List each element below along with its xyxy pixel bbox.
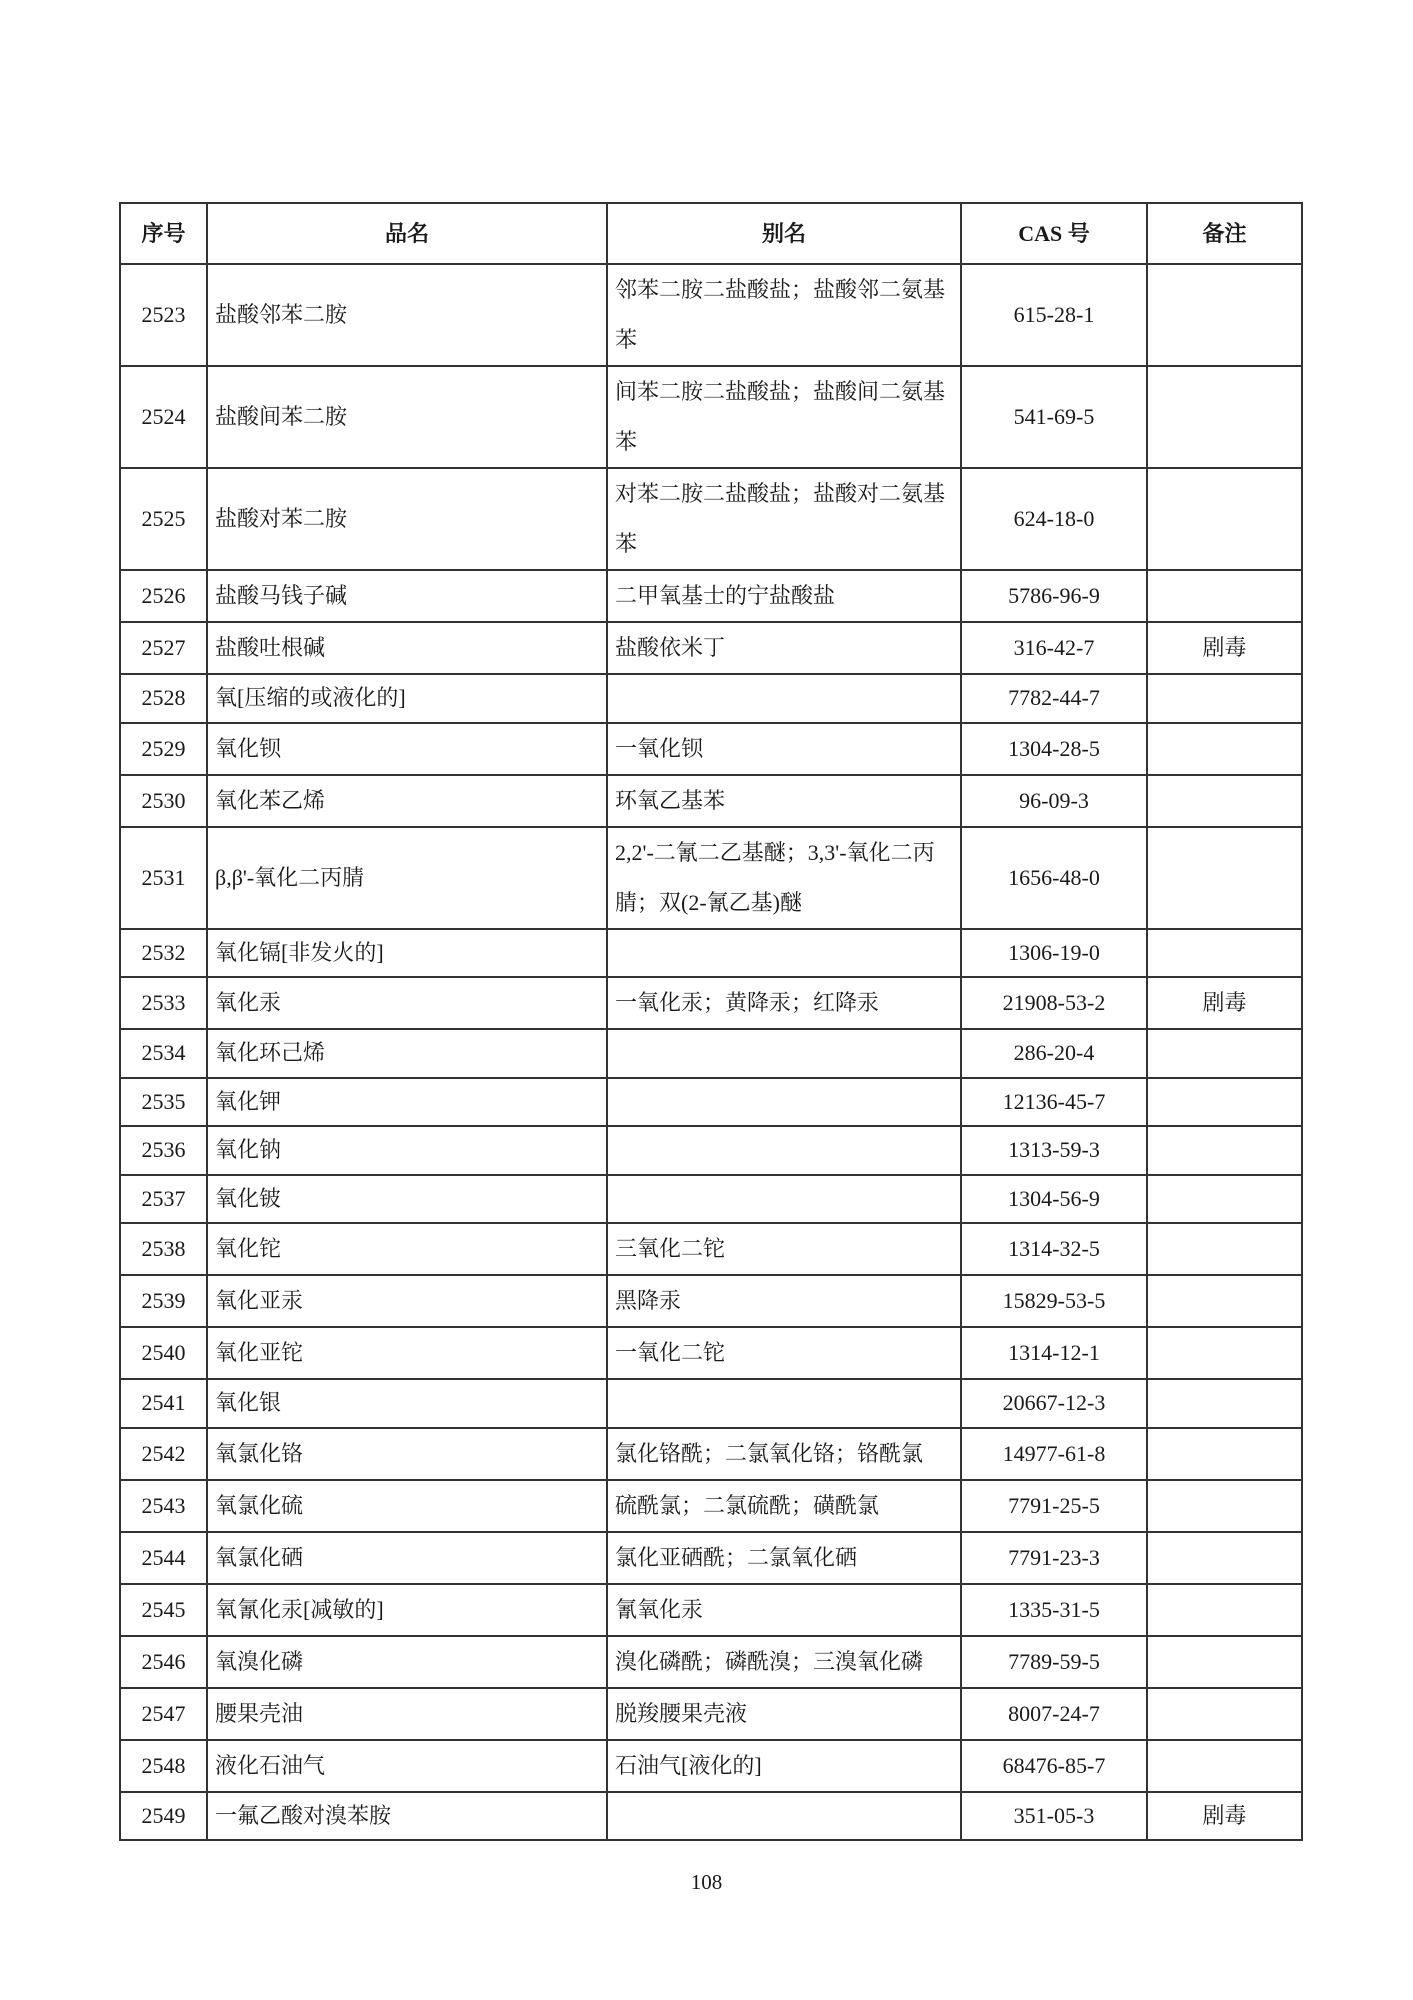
table-body: 2523盐酸邻苯二胺邻苯二胺二盐酸盐；盐酸邻二氨基苯615-28-12524盐酸… [120,264,1302,1840]
table-row: 2531β,β'-氧化二丙腈2,2'-二氰二乙基醚；3,3'-氧化二丙腈；双(2… [120,827,1302,929]
cas-number-cell: 316-42-7 [961,622,1147,674]
remarks-cell [1147,264,1302,366]
table-row: 2546氧溴化磷溴化磷酰；磷酰溴；三溴氧化磷7789-59-5 [120,1636,1302,1688]
remarks-cell [1147,1740,1302,1792]
cas-number-cell: 7791-23-3 [961,1532,1147,1584]
table-row: 2533氧化汞一氧化汞；黄降汞；红降汞21908-53-2剧毒 [120,977,1302,1029]
remarks-cell [1147,1428,1302,1480]
cas-number-cell: 1314-12-1 [961,1327,1147,1379]
cas-number-cell: 624-18-0 [961,468,1147,570]
alias-text: 环氧乙基苯 [615,776,960,826]
remarks-cell [1147,1175,1302,1224]
alias-text: 间苯二胺二盐酸盐；盐酸间二氨基苯 [615,367,960,467]
cas-number-cell: 5786-96-9 [961,570,1147,622]
remarks-cell [1147,1584,1302,1636]
alias-text: 盐酸依米丁 [615,623,960,673]
serial-number-cell: 2543 [120,1480,207,1532]
product-name-cell: 腰果壳油 [207,1688,607,1740]
cas-number-cell: 68476-85-7 [961,1740,1147,1792]
serial-number-cell: 2548 [120,1740,207,1792]
cas-number-cell: 541-69-5 [961,366,1147,468]
table-row: 2528氧[压缩的或液化的]7782-44-7 [120,674,1302,723]
product-name-cell: 氧化铍 [207,1175,607,1224]
product-name-cell: 氧氯化铬 [207,1428,607,1480]
serial-number-cell: 2528 [120,674,207,723]
alias-cell: 氯化亚硒酰；二氯氧化硒 [607,1532,961,1584]
remarks-cell [1147,366,1302,468]
serial-number-cell: 2524 [120,366,207,468]
serial-number-cell: 2535 [120,1078,207,1127]
product-name-cell: β,β'-氧化二丙腈 [207,827,607,929]
product-name-cell: 氧化钡 [207,723,607,775]
alias-text: 对苯二胺二盐酸盐；盐酸对二氨基苯 [615,469,960,569]
product-name-cell: 氧氯化硒 [207,1532,607,1584]
remarks-cell [1147,827,1302,929]
alias-cell: 一氧化二铊 [607,1327,961,1379]
table-row: 2524盐酸间苯二胺间苯二胺二盐酸盐；盐酸间二氨基苯541-69-5 [120,366,1302,468]
remarks-cell [1147,570,1302,622]
cas-number-cell: 1306-19-0 [961,929,1147,978]
alias-text: 2,2'-二氰二乙基醚；3,3'-氧化二丙腈；双(2-氰乙基)醚 [615,828,960,928]
serial-number-cell: 2531 [120,827,207,929]
remarks-cell [1147,723,1302,775]
header-alias: 别名 [607,203,961,264]
alias-cell: 对苯二胺二盐酸盐；盐酸对二氨基苯 [607,468,961,570]
header-remarks: 备注 [1147,203,1302,264]
product-name-cell: 氧[压缩的或液化的] [207,674,607,723]
table-row: 2537氧化铍1304-56-9 [120,1175,1302,1224]
alias-text: 氯化铬酰；二氯氧化铬；铬酰氯 [615,1429,960,1479]
remarks-cell [1147,1275,1302,1327]
product-name-cell: 盐酸马钱子碱 [207,570,607,622]
product-name-cell: 氧氯化硫 [207,1480,607,1532]
remarks-cell [1147,1480,1302,1532]
alias-text: 石油气[液化的] [615,1741,960,1791]
table-row: 2545氧氰化汞[减敏的]氰氧化汞1335-31-5 [120,1584,1302,1636]
remarks-cell: 剧毒 [1147,1792,1302,1841]
table-row: 2547腰果壳油脱羧腰果壳液8007-24-7 [120,1688,1302,1740]
remarks-cell [1147,1688,1302,1740]
serial-number-cell: 2523 [120,264,207,366]
product-name-cell: 液化石油气 [207,1740,607,1792]
serial-number-cell: 2540 [120,1327,207,1379]
alias-cell: 环氧乙基苯 [607,775,961,827]
serial-number-cell: 2533 [120,977,207,1029]
alias-cell: 硫酰氯；二氯硫酰；磺酰氯 [607,1480,961,1532]
table-row: 2534氧化环己烯286-20-4 [120,1029,1302,1078]
remarks-cell [1147,775,1302,827]
product-name-cell: 氧化环己烯 [207,1029,607,1078]
product-name-cell: 氧溴化磷 [207,1636,607,1688]
table-row: 2535氧化钾12136-45-7 [120,1078,1302,1127]
alias-cell [607,1792,961,1841]
cas-number-cell: 1304-56-9 [961,1175,1147,1224]
alias-cell: 黑降汞 [607,1275,961,1327]
alias-text: 一氧化钡 [615,724,960,774]
cas-number-cell: 1314-32-5 [961,1223,1147,1275]
product-name-cell: 氧化镉[非发火的] [207,929,607,978]
product-name-cell: 盐酸邻苯二胺 [207,264,607,366]
table-row: 2541氧化银20667-12-3 [120,1379,1302,1428]
table-row: 2527盐酸吐根碱盐酸依米丁316-42-7剧毒 [120,622,1302,674]
table-row: 2529氧化钡一氧化钡1304-28-5 [120,723,1302,775]
alias-cell: 二甲氧基士的宁盐酸盐 [607,570,961,622]
header-cas-number: CAS 号 [961,203,1147,264]
cas-number-cell: 15829-53-5 [961,1275,1147,1327]
alias-text: 一氧化汞；黄降汞；红降汞 [615,978,960,1028]
table-row: 2540氧化亚铊一氧化二铊1314-12-1 [120,1327,1302,1379]
table-row: 2539氧化亚汞黑降汞15829-53-5 [120,1275,1302,1327]
alias-cell: 三氧化二铊 [607,1223,961,1275]
remarks-cell: 剧毒 [1147,622,1302,674]
serial-number-cell: 2539 [120,1275,207,1327]
serial-number-cell: 2536 [120,1126,207,1175]
serial-number-cell: 2532 [120,929,207,978]
alias-cell: 氯化铬酰；二氯氧化铬；铬酰氯 [607,1428,961,1480]
alias-text: 氯化亚硒酰；二氯氧化硒 [615,1533,960,1583]
serial-number-cell: 2537 [120,1175,207,1224]
product-name-cell: 一氟乙酸对溴苯胺 [207,1792,607,1841]
cas-number-cell: 12136-45-7 [961,1078,1147,1127]
product-name-cell: 氧化钾 [207,1078,607,1127]
alias-cell: 氰氧化汞 [607,1584,961,1636]
alias-text: 硫酰氯；二氯硫酰；磺酰氯 [615,1481,960,1531]
remarks-cell [1147,1078,1302,1127]
table-row: 2538氧化铊三氧化二铊1314-32-5 [120,1223,1302,1275]
alias-cell [607,929,961,978]
alias-cell: 溴化磷酰；磷酰溴；三溴氧化磷 [607,1636,961,1688]
alias-text: 三氧化二铊 [615,1224,960,1274]
cas-number-cell: 8007-24-7 [961,1688,1147,1740]
table-row: 2536氧化钠1313-59-3 [120,1126,1302,1175]
cas-number-cell: 1335-31-5 [961,1584,1147,1636]
remarks-cell [1147,1532,1302,1584]
serial-number-cell: 2526 [120,570,207,622]
chemicals-table: 序号 品名 别名 CAS 号 备注 2523盐酸邻苯二胺邻苯二胺二盐酸盐；盐酸邻… [119,202,1303,1841]
remarks-cell [1147,468,1302,570]
table-row: 2542氧氯化铬氯化铬酰；二氯氧化铬；铬酰氯14977-61-8 [120,1428,1302,1480]
alias-cell: 间苯二胺二盐酸盐；盐酸间二氨基苯 [607,366,961,468]
table-row: 2549一氟乙酸对溴苯胺351-05-3剧毒 [120,1792,1302,1841]
serial-number-cell: 2544 [120,1532,207,1584]
cas-number-cell: 21908-53-2 [961,977,1147,1029]
serial-number-cell: 2527 [120,622,207,674]
alias-text: 脱羧腰果壳液 [615,1689,960,1739]
serial-number-cell: 2549 [120,1792,207,1841]
header-product-name: 品名 [207,203,607,264]
alias-cell [607,1078,961,1127]
alias-text: 氰氧化汞 [615,1585,960,1635]
remarks-cell: 剧毒 [1147,977,1302,1029]
alias-cell [607,1379,961,1428]
remarks-cell [1147,674,1302,723]
alias-text: 黑降汞 [615,1276,960,1326]
product-name-cell: 盐酸间苯二胺 [207,366,607,468]
table-header-row: 序号 品名 别名 CAS 号 备注 [120,203,1302,264]
serial-number-cell: 2538 [120,1223,207,1275]
table-row: 2523盐酸邻苯二胺邻苯二胺二盐酸盐；盐酸邻二氨基苯615-28-1 [120,264,1302,366]
remarks-cell [1147,1636,1302,1688]
cas-number-cell: 7782-44-7 [961,674,1147,723]
serial-number-cell: 2541 [120,1379,207,1428]
cas-number-cell: 1656-48-0 [961,827,1147,929]
remarks-cell [1147,1223,1302,1275]
product-name-cell: 氧氰化汞[减敏的] [207,1584,607,1636]
product-name-cell: 氧化亚汞 [207,1275,607,1327]
alias-cell: 石油气[液化的] [607,1740,961,1792]
alias-cell [607,1126,961,1175]
serial-number-cell: 2542 [120,1428,207,1480]
page-number: 108 [0,1870,1413,1895]
product-name-cell: 氧化苯乙烯 [207,775,607,827]
serial-number-cell: 2547 [120,1688,207,1740]
cas-number-cell: 615-28-1 [961,264,1147,366]
table-row: 2526盐酸马钱子碱二甲氧基士的宁盐酸盐5786-96-9 [120,570,1302,622]
product-name-cell: 氧化银 [207,1379,607,1428]
alias-text: 邻苯二胺二盐酸盐；盐酸邻二氨基苯 [615,265,960,365]
alias-cell: 邻苯二胺二盐酸盐；盐酸邻二氨基苯 [607,264,961,366]
remarks-cell [1147,1029,1302,1078]
product-name-cell: 盐酸吐根碱 [207,622,607,674]
serial-number-cell: 2530 [120,775,207,827]
alias-text: 二甲氧基士的宁盐酸盐 [615,571,960,621]
alias-cell [607,1029,961,1078]
cas-number-cell: 7791-25-5 [961,1480,1147,1532]
product-name-cell: 氧化亚铊 [207,1327,607,1379]
alias-cell: 2,2'-二氰二乙基醚；3,3'-氧化二丙腈；双(2-氰乙基)醚 [607,827,961,929]
cas-number-cell: 351-05-3 [961,1792,1147,1841]
alias-cell [607,674,961,723]
product-name-cell: 氧化汞 [207,977,607,1029]
alias-text: 一氧化二铊 [615,1328,960,1378]
header-serial-number: 序号 [120,203,207,264]
remarks-cell [1147,1126,1302,1175]
table-row: 2530氧化苯乙烯环氧乙基苯96-09-3 [120,775,1302,827]
table-row: 2544氧氯化硒氯化亚硒酰；二氯氧化硒7791-23-3 [120,1532,1302,1584]
serial-number-cell: 2529 [120,723,207,775]
cas-number-cell: 7789-59-5 [961,1636,1147,1688]
alias-cell: 脱羧腰果壳液 [607,1688,961,1740]
cas-number-cell: 14977-61-8 [961,1428,1147,1480]
table-row: 2532氧化镉[非发火的]1306-19-0 [120,929,1302,978]
table-row: 2525盐酸对苯二胺对苯二胺二盐酸盐；盐酸对二氨基苯624-18-0 [120,468,1302,570]
serial-number-cell: 2546 [120,1636,207,1688]
table-row: 2543氧氯化硫硫酰氯；二氯硫酰；磺酰氯7791-25-5 [120,1480,1302,1532]
cas-number-cell: 96-09-3 [961,775,1147,827]
cas-number-cell: 1313-59-3 [961,1126,1147,1175]
table-row: 2548液化石油气石油气[液化的]68476-85-7 [120,1740,1302,1792]
product-name-cell: 氧化钠 [207,1126,607,1175]
serial-number-cell: 2534 [120,1029,207,1078]
remarks-cell [1147,1327,1302,1379]
cas-number-cell: 20667-12-3 [961,1379,1147,1428]
cas-number-cell: 286-20-4 [961,1029,1147,1078]
alias-cell [607,1175,961,1224]
serial-number-cell: 2525 [120,468,207,570]
alias-text: 溴化磷酰；磷酰溴；三溴氧化磷 [615,1637,960,1687]
alias-cell: 一氧化钡 [607,723,961,775]
cas-number-cell: 1304-28-5 [961,723,1147,775]
serial-number-cell: 2545 [120,1584,207,1636]
remarks-cell [1147,929,1302,978]
alias-cell: 一氧化汞；黄降汞；红降汞 [607,977,961,1029]
product-name-cell: 盐酸对苯二胺 [207,468,607,570]
remarks-cell [1147,1379,1302,1428]
alias-cell: 盐酸依米丁 [607,622,961,674]
product-name-cell: 氧化铊 [207,1223,607,1275]
